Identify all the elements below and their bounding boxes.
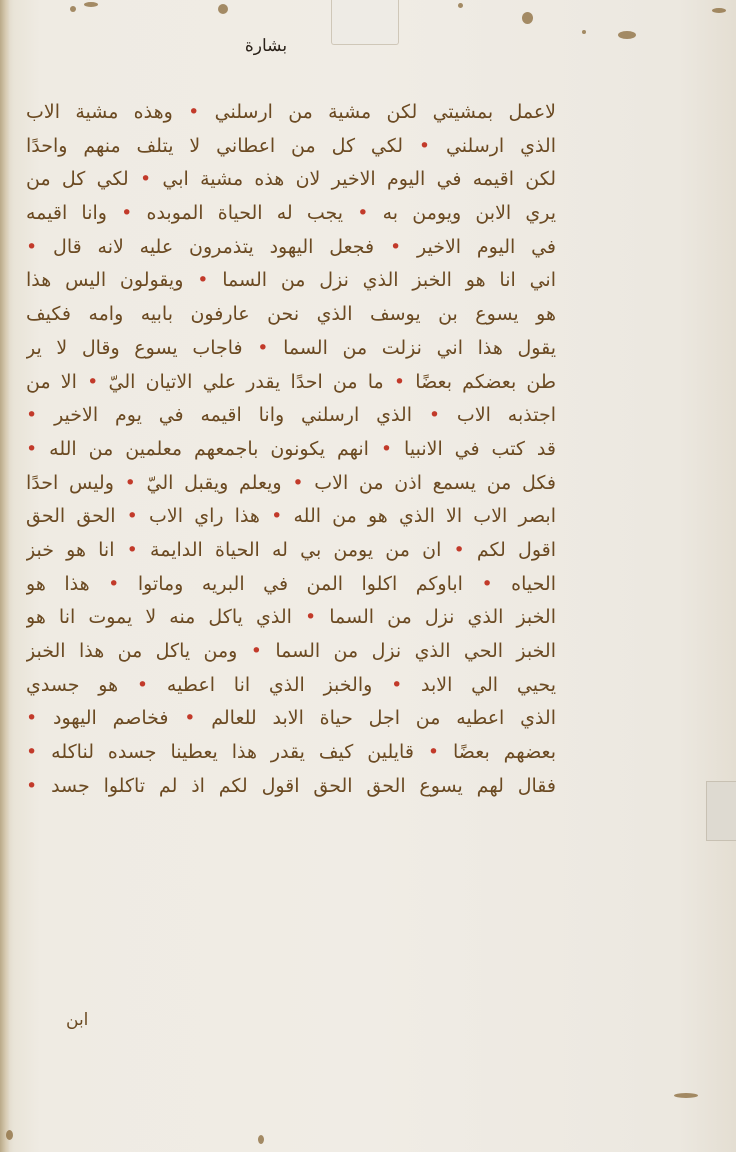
text-line: ابصر الاب الا الذي هو من الله • هذا راي … <box>26 500 556 534</box>
text-line: الخبز الذي نزل من السما • الذي ياكل منه … <box>26 601 556 635</box>
ink-stain <box>522 12 533 24</box>
running-title: بشارة <box>236 36 296 56</box>
text-line: فقال لهم يسوع الحق الحق اقول لكم اذ لم ت… <box>26 770 556 804</box>
rubric-verse-marker: • <box>381 438 392 460</box>
rubric-verse-marker: • <box>257 337 268 359</box>
rubric-verse-marker: • <box>292 472 303 494</box>
rubric-verse-marker: • <box>184 707 195 729</box>
rubric-verse-marker: • <box>26 438 37 460</box>
rubric-verse-marker: • <box>428 741 439 763</box>
rubric-verse-marker: • <box>454 539 465 561</box>
binding-gutter <box>0 0 10 1152</box>
rubric-verse-marker: • <box>26 707 37 729</box>
rubric-verse-marker: • <box>26 404 37 426</box>
rubric-verse-marker: • <box>108 573 119 595</box>
rubric-verse-marker: • <box>481 573 492 595</box>
text-line: طن بعضكم بعضًا • ما من احدًا يقدر علي ال… <box>26 366 556 400</box>
ink-stain <box>218 4 228 14</box>
text-line: الذي ارسلني • لكي كل من اعطاني لا يتلف م… <box>26 130 556 164</box>
text-line: يحيي الي الابد • والخبز الذي انا اعطيه •… <box>26 669 556 703</box>
paper-repair-tab-top <box>331 0 399 45</box>
text-line: في اليوم الاخير • فجعل اليهود يتذمرون عل… <box>26 231 556 265</box>
text-line: اني انا هو الخبز الذي نزل من السما • ويق… <box>26 264 556 298</box>
rubric-verse-marker: • <box>137 674 148 696</box>
text-line: فكل من يسمع اذن من الاب • ويعلم ويقبل ال… <box>26 467 556 501</box>
text-line: اجتذبه الاب • الذي ارسلني وانا اقيمه في … <box>26 399 556 433</box>
ink-stain <box>84 2 98 7</box>
text-line: قد كتب في الانبيا • انهم يكونون باجمعهم … <box>26 433 556 467</box>
paper-repair-tab-right <box>706 781 736 841</box>
ink-stain <box>618 31 636 39</box>
text-line: يري الابن ويومن به • يجب له الحياة الموب… <box>26 197 556 231</box>
manuscript-page: بشارة لاعمل بمشيتي لكن مشية من ارسلني • … <box>0 0 736 1152</box>
ink-stain <box>6 1130 13 1140</box>
ink-stain <box>70 6 76 12</box>
rubric-verse-marker: • <box>305 606 316 628</box>
rubric-verse-marker: • <box>429 404 440 426</box>
rubric-verse-marker: • <box>26 741 37 763</box>
text-line: لاعمل بمشيتي لكن مشية من ارسلني • وهذه م… <box>26 96 556 130</box>
rubric-verse-marker: • <box>26 236 37 258</box>
rubric-verse-marker: • <box>357 202 368 224</box>
main-text-block: لاعمل بمشيتي لكن مشية من ارسلني • وهذه م… <box>26 96 556 803</box>
rubric-verse-marker: • <box>121 202 132 224</box>
text-line: هو يسوع بن يوسف الذي نحن عارفون بابيه وا… <box>26 298 556 332</box>
rubric-verse-marker: • <box>271 505 282 527</box>
text-line: الحياه • اباوكم اكلوا المن في البريه وما… <box>26 568 556 602</box>
text-line: بعضهم بعضًا • قايلين كيف يقدر هذا يعطينا… <box>26 736 556 770</box>
rubric-verse-marker: • <box>127 539 138 561</box>
rubric-verse-marker: • <box>188 101 199 123</box>
ink-stain <box>258 1135 264 1144</box>
rubric-verse-marker: • <box>419 135 430 157</box>
rubric-verse-marker: • <box>26 775 37 797</box>
rubric-verse-marker: • <box>394 371 405 393</box>
rubric-verse-marker: • <box>140 168 151 190</box>
ink-stain <box>674 1093 698 1098</box>
text-line: اقول لكم • ان من يومن بي له الحياة الداي… <box>26 534 556 568</box>
rubric-verse-marker: • <box>391 674 402 696</box>
text-line: الخبز الحي الذي نزل من السما • ومن ياكل … <box>26 635 556 669</box>
rubric-verse-marker: • <box>127 505 138 527</box>
text-line: لكن اقيمه في اليوم الاخير لان هذه مشية ا… <box>26 163 556 197</box>
rubric-verse-marker: • <box>390 236 401 258</box>
rubric-verse-marker: • <box>197 269 208 291</box>
ink-stain <box>458 3 463 8</box>
rubric-verse-marker: • <box>251 640 262 662</box>
ink-stain <box>712 8 726 13</box>
rubric-verse-marker: • <box>125 472 136 494</box>
text-line: يقول هذا اني نزلت من السما • فاجاب يسوع … <box>26 332 556 366</box>
rubric-verse-marker: • <box>87 371 98 393</box>
catchword: ابن <box>66 1010 88 1030</box>
ink-stain <box>582 30 586 34</box>
text-line: الذي اعطيه من اجل حياة الابد للعالم • فخ… <box>26 702 556 736</box>
